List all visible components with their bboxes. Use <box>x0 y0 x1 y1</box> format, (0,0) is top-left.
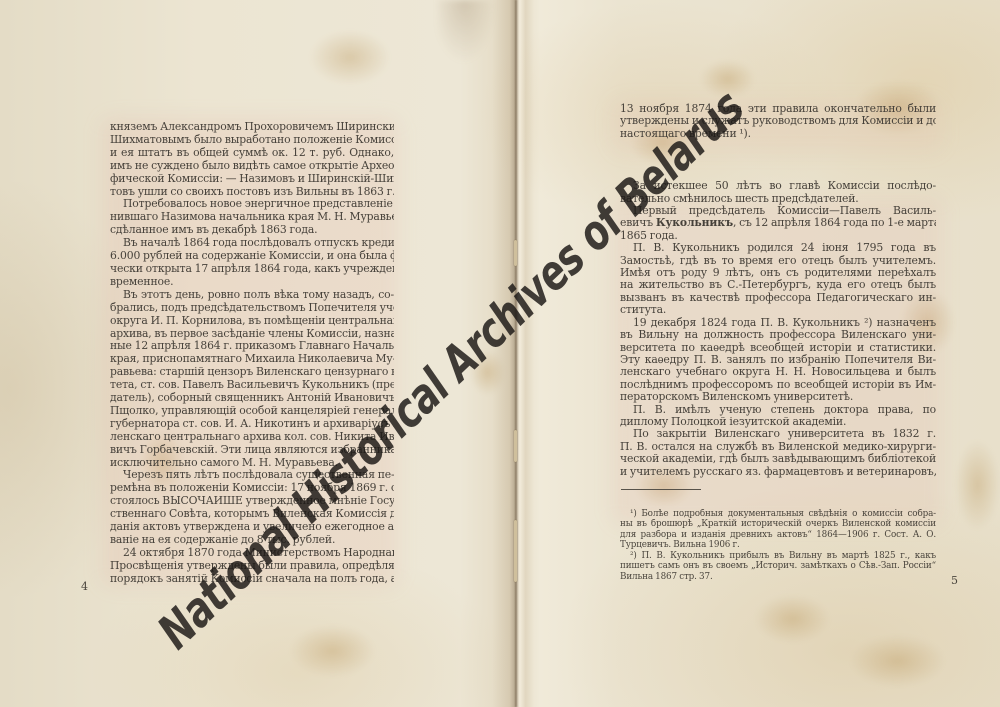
text-line: чески открыта 17 апрѣля 1864 года, какъ … <box>110 263 394 276</box>
text-line: П. В. Кукольникъ родился 24 іюня 1795 го… <box>620 242 936 254</box>
binding-stitch <box>514 430 517 462</box>
paragraph: 19 декабря 1824 года П. В. Кукольникъ ²)… <box>620 317 936 404</box>
text-line: 13 ноября 1874 года эти правила окончате… <box>620 103 936 115</box>
foxing-spot <box>955 440 1000 530</box>
emphasized-name: Кукольникъ <box>656 217 733 229</box>
paragraph: ¹) Болѣе подробныя документальныя свѣдѣн… <box>620 509 936 551</box>
text-line: 19 декабря 1824 года П. В. Кукольникъ ²)… <box>620 317 936 329</box>
left-page-text: княземъ Александромъ Прохоровичемъ Ширин… <box>110 121 394 586</box>
text-line: 6.000 рублей на содержаніе Комиссіи, и о… <box>110 250 394 263</box>
text-line: Первый предсѣдатель Комиссіи—Павелъ Васи… <box>620 205 936 217</box>
paragraph: княземъ Александромъ Прохоровичемъ Ширин… <box>110 121 394 198</box>
text-line: ститута. <box>620 304 936 316</box>
text-line: и ея штатъ въ общей суммѣ ок. 12 т. руб.… <box>110 147 394 160</box>
text-line: Потребовалось новое энергичное представл… <box>110 198 394 211</box>
text-line: Шихматовымъ было выработано положеніе Ко… <box>110 134 394 147</box>
text-line: товъ ушли со своихъ постовъ изъ Вильны в… <box>110 186 394 199</box>
text-line: Вильна 1867 стр. 37. <box>620 572 936 582</box>
text-line: въ Вильну на должность профессора Виленс… <box>620 329 936 341</box>
text-line: и учителемъ русскаго яз. фармацевтовъ и … <box>620 466 936 478</box>
text-line: тета, ст. сов. Павелъ Васильевичъ Куколь… <box>110 379 394 392</box>
text-line: Въ этотъ день, ровно полъ вѣка тому наза… <box>110 289 394 302</box>
text-line: П. В. остался на службѣ въ Виленской мед… <box>620 441 936 453</box>
foxing-spot <box>850 635 945 687</box>
foxing-spot <box>310 30 390 85</box>
text-run: , съ 12 апрѣля 1864 года по 1-е марта <box>733 217 936 229</box>
text-line: временное. <box>110 276 394 289</box>
text-line: пишетъ самъ онъ въ своемъ „Историч. замѣ… <box>620 561 936 571</box>
fold-crease-line <box>515 0 517 707</box>
binding-stitch <box>514 240 517 266</box>
text-line: брались, подъ предсѣдательствомъ Попечит… <box>110 302 394 315</box>
paragraph: По закрытіи Виленскаго университета въ 1… <box>620 428 936 478</box>
text-line: П. В. имѣлъ ученую степень доктора права… <box>620 404 936 416</box>
text-line: Имѣя отъ роду 9 лѣтъ, онъ съ родителями … <box>620 267 936 279</box>
text-line: ператорскомъ Виленскомъ университетѣ. <box>620 391 936 403</box>
text-line: ²) П. В. Кукольникъ прибылъ въ Вильну въ… <box>620 551 936 561</box>
text-line: датель), соборный священникъ Антоній Ива… <box>110 392 394 405</box>
text-line: для разбора и изданія древнихъ актовъ“ 1… <box>620 530 936 540</box>
text-line: послѣднимъ профессоромъ по всеобщей исто… <box>620 379 936 391</box>
book-scan: княземъ Александромъ Прохоровичемъ Ширин… <box>0 0 1000 707</box>
binding-stitch <box>514 520 517 582</box>
text-line: нившаго Назимова начальника края М. Н. М… <box>110 211 394 224</box>
text-line: Замостьѣ, гдѣ въ то время его отецъ былъ… <box>620 255 936 267</box>
paragraph: П. В. Кукольникъ родился 24 іюня 1795 го… <box>620 242 936 316</box>
text-line: княземъ Александромъ Прохоровичемъ Ширин… <box>110 121 394 134</box>
foxing-spot <box>755 595 830 643</box>
text-line: имъ не суждено было видѣть самое открыті… <box>110 160 394 173</box>
paragraph: Потребовалось новое энергичное представл… <box>110 198 394 237</box>
text-line: архива, въ первое засѣданіе члены Комисс… <box>110 328 394 341</box>
paragraph: Первый предсѣдатель Комиссіи—Павелъ Васи… <box>620 205 936 242</box>
footnotes: ¹) Болѣе подробныя документальныя свѣдѣн… <box>620 509 936 582</box>
text-line: Пщолко, управляющій особой канцеляріей г… <box>110 405 394 418</box>
text-line: фической Комиссіи: — Назимовъ и Ширинскі… <box>110 173 394 186</box>
text-line: вызванъ въ качествѣ профессора Педагогич… <box>620 292 936 304</box>
paragraph: ²) П. В. Кукольникъ прибылъ въ Вильну въ… <box>620 551 936 582</box>
text-line: Въ началѣ 1864 года послѣдовалъ отпускъ … <box>110 237 394 250</box>
text-line: ные 12 апрѣля 1864 г. приказомъ Главнаго… <box>110 340 394 353</box>
text-line: Эту каѳедру П. В. занялъ по избранію Поп… <box>620 354 936 366</box>
foxing-spot <box>290 625 375 677</box>
text-line: диплому Полоцкой іезуитской академіи. <box>620 416 936 428</box>
page-number-left: 4 <box>81 580 88 593</box>
paragraph: Въ началѣ 1864 года послѣдовалъ отпускъ … <box>110 237 394 289</box>
text-line: верситета по каѳедрѣ всеобщей исторіи и … <box>620 342 936 354</box>
text-line: ленскаго учебнаго округа Н. Н. Новосильц… <box>620 366 936 378</box>
text-line: округа И. П. Корнилова, въ помѣщеніи цен… <box>110 315 394 328</box>
text-line: края, приснопамятнаго Михаила Николаевич… <box>110 353 394 366</box>
text-line: на жительство въ С.-Петербургъ, куда его… <box>620 279 936 291</box>
text-line: ны въ брошюрѣ „Краткій историческій очер… <box>620 519 936 529</box>
text-line: равьева: старшій цензоръ Виленскаго ценз… <box>110 366 394 379</box>
text-line: Турцевичъ. Вильна 1906 г. <box>620 540 936 550</box>
paragraph: П. В. имѣлъ ученую степень доктора права… <box>620 404 936 429</box>
text-line: ¹) Болѣе подробныя документальныя свѣдѣн… <box>620 509 936 519</box>
text-line: По закрытіи Виленскаго университета въ 1… <box>620 428 936 440</box>
footnote-separator <box>621 489 701 490</box>
text-line: сдѣланное имъ въ декабрѣ 1863 года. <box>110 224 394 237</box>
text-line: евичъ Кукольникъ, съ 12 апрѣля 1864 года… <box>620 217 936 229</box>
text-line: 1865 года. <box>620 230 936 242</box>
text-line: ческой академіи, гдѣ былъ завѣдывающимъ … <box>620 453 936 465</box>
page-number-right: 5 <box>951 574 958 587</box>
